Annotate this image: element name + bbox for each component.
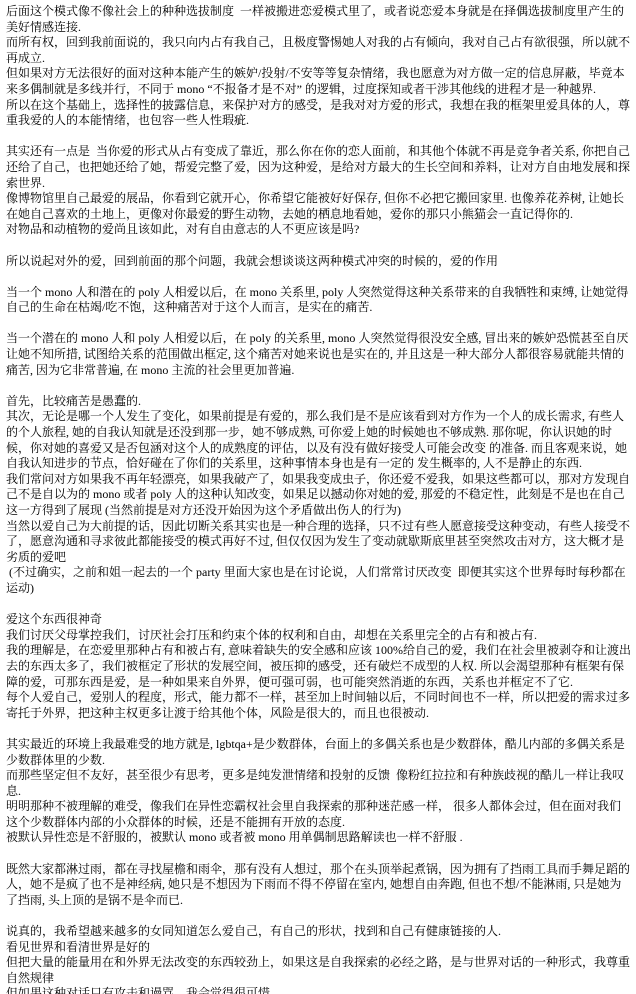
paragraph: 首先，比较痛苦是愚蠢的.其次，无论是哪一个人发生了变化，如果前提是有爱的，那么我… [6, 394, 631, 597]
document-body: 后面这个模式像不像社会上的种种选拔制度 一样被搬进恋爱模式里了，或者说恋爱本身就… [6, 4, 631, 994]
text-line: 而所有权，回到我前面说的，我只向内占有我自己，且极度警惕她人对我的占有倾向，我对… [6, 35, 631, 66]
text-line: 像博物馆里自己最爱的展品，你看到它就开心，你希望它能被好好保存, 但你不必把它搬… [6, 191, 631, 222]
paragraph: 后面这个模式像不像社会上的种种选拔制度 一样被搬进恋爱模式里了，或者说恋爱本身就… [6, 4, 631, 129]
text-line: 我的理解是，在恋爱里那种占有和被占有, 意味着缺失的安全感和应该 100%给自己… [6, 643, 631, 690]
paragraph: 当一个 mono 人和潜在的 poly 人相爱以后，在 mono 关系里, po… [6, 285, 631, 316]
paragraph: 其实还有一点是 当你爱的形式从占有变成了靠近，那么你在你的恋人面前，和其他个体就… [6, 144, 631, 238]
text-line: 明明那种不被理解的难受，像我们在异性恋霸权社会里自我探索的那种迷茫感一样， 很多… [6, 799, 631, 830]
text-line: 但如果对方无法很好的面对这种本能产生的嫉妒/投射/不安等等复杂情绪，我也愿意为对… [6, 66, 631, 97]
text-line: 每个人爱自己，爱别人的程度，形式，能力都不一样，甚至加上时间轴以后，不同时间也不… [6, 690, 631, 721]
text-line: 所以在这个基础上，选择性的披露信息，来保护对方的感受，是我对对方爱的形式，我想在… [6, 98, 631, 129]
text-line: 其次，无论是哪一个人发生了变化，如果前提是有爱的，那么我们是不是应该看到对方作为… [6, 409, 631, 471]
text-line: 对物品和动植物的爱尚且该如此，对有自由意志的人不更应该是吗? [6, 222, 631, 238]
text-line: 我们常问对方如果我不再年轻漂亮，如果我破产了，如果我变成虫子，你还爱不爱我，如果… [6, 472, 631, 519]
paragraph: 当一个潜在的 mono 人和 poly 人相爱以后，在 poly 的关系里, m… [6, 331, 631, 378]
text-line: (不过确实，之前和姐一起去的一个 party 里面大家也是在讨论说，人们常常讨厌… [6, 565, 631, 596]
text-line: 当一个潜在的 mono 人和 poly 人相爱以后，在 poly 的关系里, m… [6, 331, 631, 378]
paragraph: 其实最近的环境上我最难受的地方就是, lgbtqa+是少数群体，台面上的多偶关系… [6, 737, 631, 846]
text-line: 既然大家都淋过雨，都在寻找屋檐和雨伞，那有没有人想过，那个在头顶举起煮锅，因为拥… [6, 862, 631, 909]
text-line: 但把大量的能量用在和外界无法改变的东西较劲上，如果这是自我探索的必经之路，是与世… [6, 955, 631, 986]
document-page: 后面这个模式像不像社会上的种种选拔制度 一样被搬进恋爱模式里了，或者说恋爱本身就… [0, 0, 636, 994]
text-line: 其实还有一点是 当你爱的形式从占有变成了靠近，那么你在你的恋人面前，和其他个体就… [6, 144, 631, 191]
text-line: 当然以爱自己为大前提的话，因此切断关系其实也是一种合理的选择，只不过有些人愿意接… [6, 519, 631, 566]
text-line: 我们讨厌父母掌控我们，讨厌社会打压和约束个体的权利和自由，却想在关系里完全的占有… [6, 628, 631, 644]
text-line: 看见世界和看清世界是好的 [6, 940, 631, 956]
text-line: 而那些坚定但不友好，甚至很少有思考，更多是纯发泄情绪和投射的反馈 像粉红拉拉和有… [6, 768, 631, 799]
text-line: 其实最近的环境上我最难受的地方就是, lgbtqa+是少数群体，台面上的多偶关系… [6, 737, 631, 768]
text-line: 所以说起对外的爱，回到前面的那个问题，我就会想谈谈这两种模式冲突的时候的，爱的作… [6, 254, 631, 270]
paragraph: 爱这个东西很神奇我们讨厌父母掌控我们，讨厌社会打压和约束个体的权利和自由，却想在… [6, 612, 631, 721]
paragraph: 既然大家都淋过雨，都在寻找屋檐和雨伞，那有没有人想过，那个在头顶举起煮锅，因为拥… [6, 862, 631, 909]
text-line: 爱这个东西很神奇 [6, 612, 631, 628]
text-line: 被默认异性恋是不舒服的，被默认 mono 或者被 mono 用单偶制思路解读也一… [6, 830, 631, 846]
text-line: 首先，比较痛苦是愚蠢的. [6, 394, 631, 410]
text-line: 当一个 mono 人和潜在的 poly 人相爱以后，在 mono 关系里, po… [6, 285, 631, 316]
text-line: 但如果这种对话只有攻击和谩骂，我会觉得很可惜. [6, 986, 631, 994]
text-line: 说真的，我希望越来越多的女同知道怎么爱自己，有自己的形状，找到和自己有健康链接的… [6, 924, 631, 940]
text-line: 后面这个模式像不像社会上的种种选拔制度 一样被搬进恋爱模式里了，或者说恋爱本身就… [6, 4, 631, 35]
paragraph: 所以说起对外的爱，回到前面的那个问题，我就会想谈谈这两种模式冲突的时候的，爱的作… [6, 254, 631, 270]
paragraph: 说真的，我希望越来越多的女同知道怎么爱自己，有自己的形状，找到和自己有健康链接的… [6, 924, 631, 994]
